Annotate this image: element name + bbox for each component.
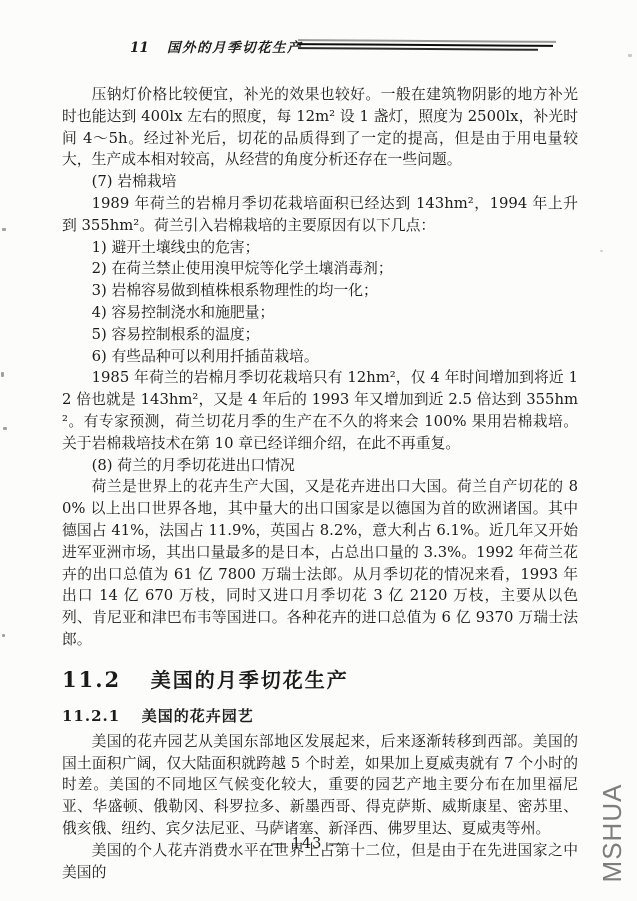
scan-speck	[1, 372, 4, 377]
scan-speck	[600, 250, 603, 252]
subsection-number: 11.2.1	[62, 707, 120, 725]
paragraph-us-horticulture: 美国的花卉园艺从美国东部地区发展起来，后来逐渐转移到西部。美国的国土面积广阔，仅…	[62, 731, 578, 840]
page-body: 压钠灯价格比较便宜，补光的效果也较好。一般在建筑物阴影的地方补光时也能达到 40…	[62, 84, 578, 883]
scan-speck	[628, 54, 632, 57]
list-item-reason-2: 2) 在荷兰禁止使用溴甲烷等化学土壤消毒剂；	[62, 258, 578, 280]
scan-speck	[2, 228, 6, 231]
section-heading: 11.2 美国的月季切花生产	[62, 664, 578, 693]
section-title: 美国的月季切花生产	[151, 668, 349, 692]
header-rule	[298, 39, 556, 50]
list-item-reason-6: 6) 有些品种可以利用扦插苗栽培。	[62, 346, 578, 368]
subsection-heading: 11.2.1 美国的花卉园艺	[62, 705, 578, 726]
running-header-chapter-number: 11	[130, 40, 149, 56]
header-rule-line-middle	[298, 43, 553, 47]
list-heading-import-export: (8) 荷兰的月季切花进出口情况	[62, 455, 578, 477]
scanned-book-page: 11 国外的月季切花生产 压钠灯价格比较便宜，补光的效果也较好。一般在建筑物阴影…	[0, 0, 637, 901]
list-item-reason-1: 1) 避开土壤线虫的危害；	[62, 237, 578, 259]
watermark: MSHUA	[597, 778, 627, 888]
section-number: 11.2	[62, 667, 121, 692]
paragraph-netherlands-trade: 荷兰是世界上的花卉生产大国，又是花卉进出口大国。荷兰自产切花的 80% 以上出口…	[62, 476, 578, 650]
list-item-reason-5: 5) 容易控制根系的温度；	[62, 324, 578, 346]
running-header-chapter-title: 国外的月季切花生产	[167, 40, 302, 56]
header-rule-line-bottom	[298, 47, 538, 50]
list-item-reason-4: 4) 容易控制浇水和施肥量；	[62, 302, 578, 324]
subsection-title: 美国的花卉园艺	[142, 707, 254, 725]
paragraph-rockwool-area: 1989 年荷兰的岩棉月季切花栽培面积已经达到 143hm²，1994 年上升到…	[62, 193, 578, 237]
list-heading-rockwool-culture: (7) 岩棉栽培	[62, 171, 578, 193]
page-number: — 143 —	[62, 836, 552, 852]
scan-speck	[3, 427, 7, 430]
list-item-reason-3: 3) 岩棉容易做到植株根系物理性的均一化；	[62, 280, 578, 302]
paragraph-rockwool-growth: 1985 年荷兰的岩棉月季切花栽培只有 12hm²，仅 4 年时间增加到将近 1…	[62, 367, 578, 454]
paragraph-supplementary-lighting: 压钠灯价格比较便宜，补光的效果也较好。一般在建筑物阴影的地方补光时也能达到 40…	[62, 84, 578, 171]
scan-speck	[2, 634, 5, 637]
running-header: 11 国外的月季切花生产	[130, 36, 302, 56]
